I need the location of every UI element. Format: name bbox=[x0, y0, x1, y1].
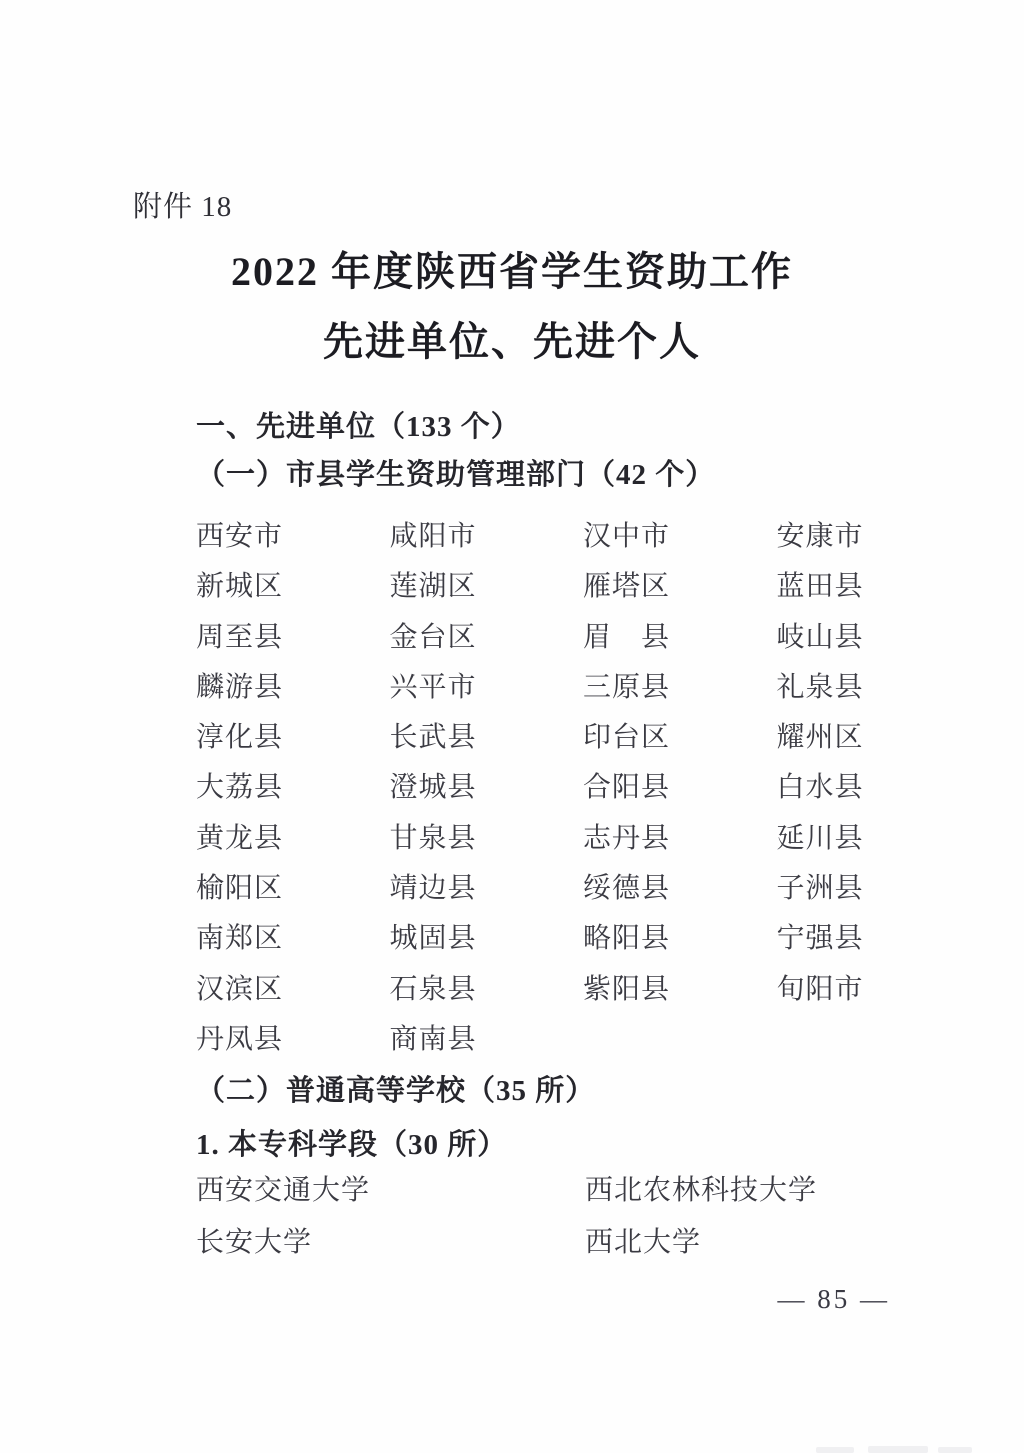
list-item: 岐山县 bbox=[777, 613, 971, 663]
list-item: 紫阳县 bbox=[583, 965, 777, 1015]
list-item: 西北大学 bbox=[585, 1218, 974, 1270]
grid-row: 黄龙县甘泉县志丹县延川县 bbox=[196, 814, 986, 864]
list-item: 甘泉县 bbox=[390, 814, 584, 864]
grid-row: 西安交通大学西北农林科技大学 bbox=[196, 1166, 986, 1218]
list-item: 石泉县 bbox=[390, 965, 584, 1015]
list-item: 靖边县 bbox=[390, 864, 584, 914]
attachment-label: 附件 18 bbox=[133, 184, 232, 225]
document-title-line-1: 2022 年度陕西省学生资助工作 bbox=[0, 240, 1024, 297]
section-heading-advanced-units: 一、先进单位（133 个） bbox=[196, 404, 521, 445]
document-title-line-2: 先进单位、先进个人 bbox=[0, 310, 1024, 367]
list-item: 眉 县 bbox=[583, 613, 777, 663]
list-item: 延川县 bbox=[777, 814, 971, 864]
list-item: 麟游县 bbox=[196, 663, 390, 713]
grid-row: 南郑区城固县略阳县宁强县 bbox=[196, 914, 986, 964]
list-item: 莲湖区 bbox=[390, 562, 584, 612]
list-item: 合阳县 bbox=[583, 763, 777, 813]
list-item: 三原县 bbox=[583, 663, 777, 713]
list-item: 耀州区 bbox=[777, 713, 971, 763]
list-item: 咸阳市 bbox=[390, 512, 584, 562]
list-item: 汉中市 bbox=[583, 512, 777, 562]
list-item: 大荔县 bbox=[196, 763, 390, 813]
list-item: 商南县 bbox=[390, 1015, 584, 1065]
list-item: 蓝田县 bbox=[777, 562, 971, 612]
list-item: 安康市 bbox=[777, 512, 971, 562]
list-item: 周至县 bbox=[196, 613, 390, 663]
list-item: 略阳县 bbox=[583, 914, 777, 964]
list-item: 长武县 bbox=[390, 713, 584, 763]
list-item: 汉滨区 bbox=[196, 965, 390, 1015]
list-item: 旬阳市 bbox=[777, 965, 971, 1015]
list-item: 西安市 bbox=[196, 512, 390, 562]
list-item: 长安大学 bbox=[196, 1218, 585, 1270]
list-item: 榆阳区 bbox=[196, 864, 390, 914]
grid-row: 大荔县澄城县合阳县白水县 bbox=[196, 763, 986, 813]
list-item: 黄龙县 bbox=[196, 814, 390, 864]
grid-row: 周至县金台区眉 县岐山县 bbox=[196, 613, 986, 663]
list-item: 印台区 bbox=[583, 713, 777, 763]
university-grid: 西安交通大学西北农林科技大学长安大学西北大学 bbox=[196, 1166, 986, 1270]
grid-row: 丹凤县商南县 bbox=[196, 1015, 986, 1065]
list-item: 礼泉县 bbox=[777, 663, 971, 713]
department-grid: 西安市咸阳市汉中市安康市新城区莲湖区雁塔区蓝田县周至县金台区眉 县岐山县麟游县兴… bbox=[196, 512, 986, 1065]
grid-row: 汉滨区石泉县紫阳县旬阳市 bbox=[196, 965, 986, 1015]
list-item: 西北农林科技大学 bbox=[585, 1166, 974, 1218]
grid-row: 西安市咸阳市汉中市安康市 bbox=[196, 512, 986, 562]
grid-row: 榆阳区靖边县绥德县子洲县 bbox=[196, 864, 986, 914]
list-item: 兴平市 bbox=[390, 663, 584, 713]
grid-row: 长安大学西北大学 bbox=[196, 1218, 986, 1270]
list-item: 西安交通大学 bbox=[196, 1166, 585, 1218]
list-item: 城固县 bbox=[390, 914, 584, 964]
list-item: 志丹县 bbox=[583, 814, 777, 864]
grid-row: 淳化县长武县印台区耀州区 bbox=[196, 713, 986, 763]
list-item: 雁塔区 bbox=[583, 562, 777, 612]
list-item: 南郑区 bbox=[196, 914, 390, 964]
list-item: 子洲县 bbox=[777, 864, 971, 914]
subsection-heading-undergrad: 1. 本专科学段（30 所） bbox=[196, 1122, 507, 1163]
subsection-heading-departments: （一）市县学生资助管理部门（42 个） bbox=[196, 452, 715, 493]
list-item: 丹凤县 bbox=[196, 1015, 390, 1065]
document-page: 附件 18 2022 年度陕西省学生资助工作 先进单位、先进个人 一、先进单位（… bbox=[0, 0, 1024, 1453]
list-item: 淳化县 bbox=[196, 713, 390, 763]
list-item: 宁强县 bbox=[777, 914, 971, 964]
grid-row: 新城区莲湖区雁塔区蓝田县 bbox=[196, 562, 986, 612]
list-item: 白水县 bbox=[777, 763, 971, 813]
list-item: 新城区 bbox=[196, 562, 390, 612]
list-item: 金台区 bbox=[390, 613, 584, 663]
page-number: — 85 — bbox=[778, 1284, 891, 1315]
grid-row: 麟游县兴平市三原县礼泉县 bbox=[196, 663, 986, 713]
scan-artifact bbox=[816, 1447, 854, 1453]
list-item: 澄城县 bbox=[390, 763, 584, 813]
subsection-heading-universities: （二）普通高等学校（35 所） bbox=[196, 1068, 595, 1109]
scan-artifact bbox=[868, 1446, 928, 1453]
list-item: 绥德县 bbox=[583, 864, 777, 914]
scan-artifact bbox=[938, 1447, 972, 1453]
